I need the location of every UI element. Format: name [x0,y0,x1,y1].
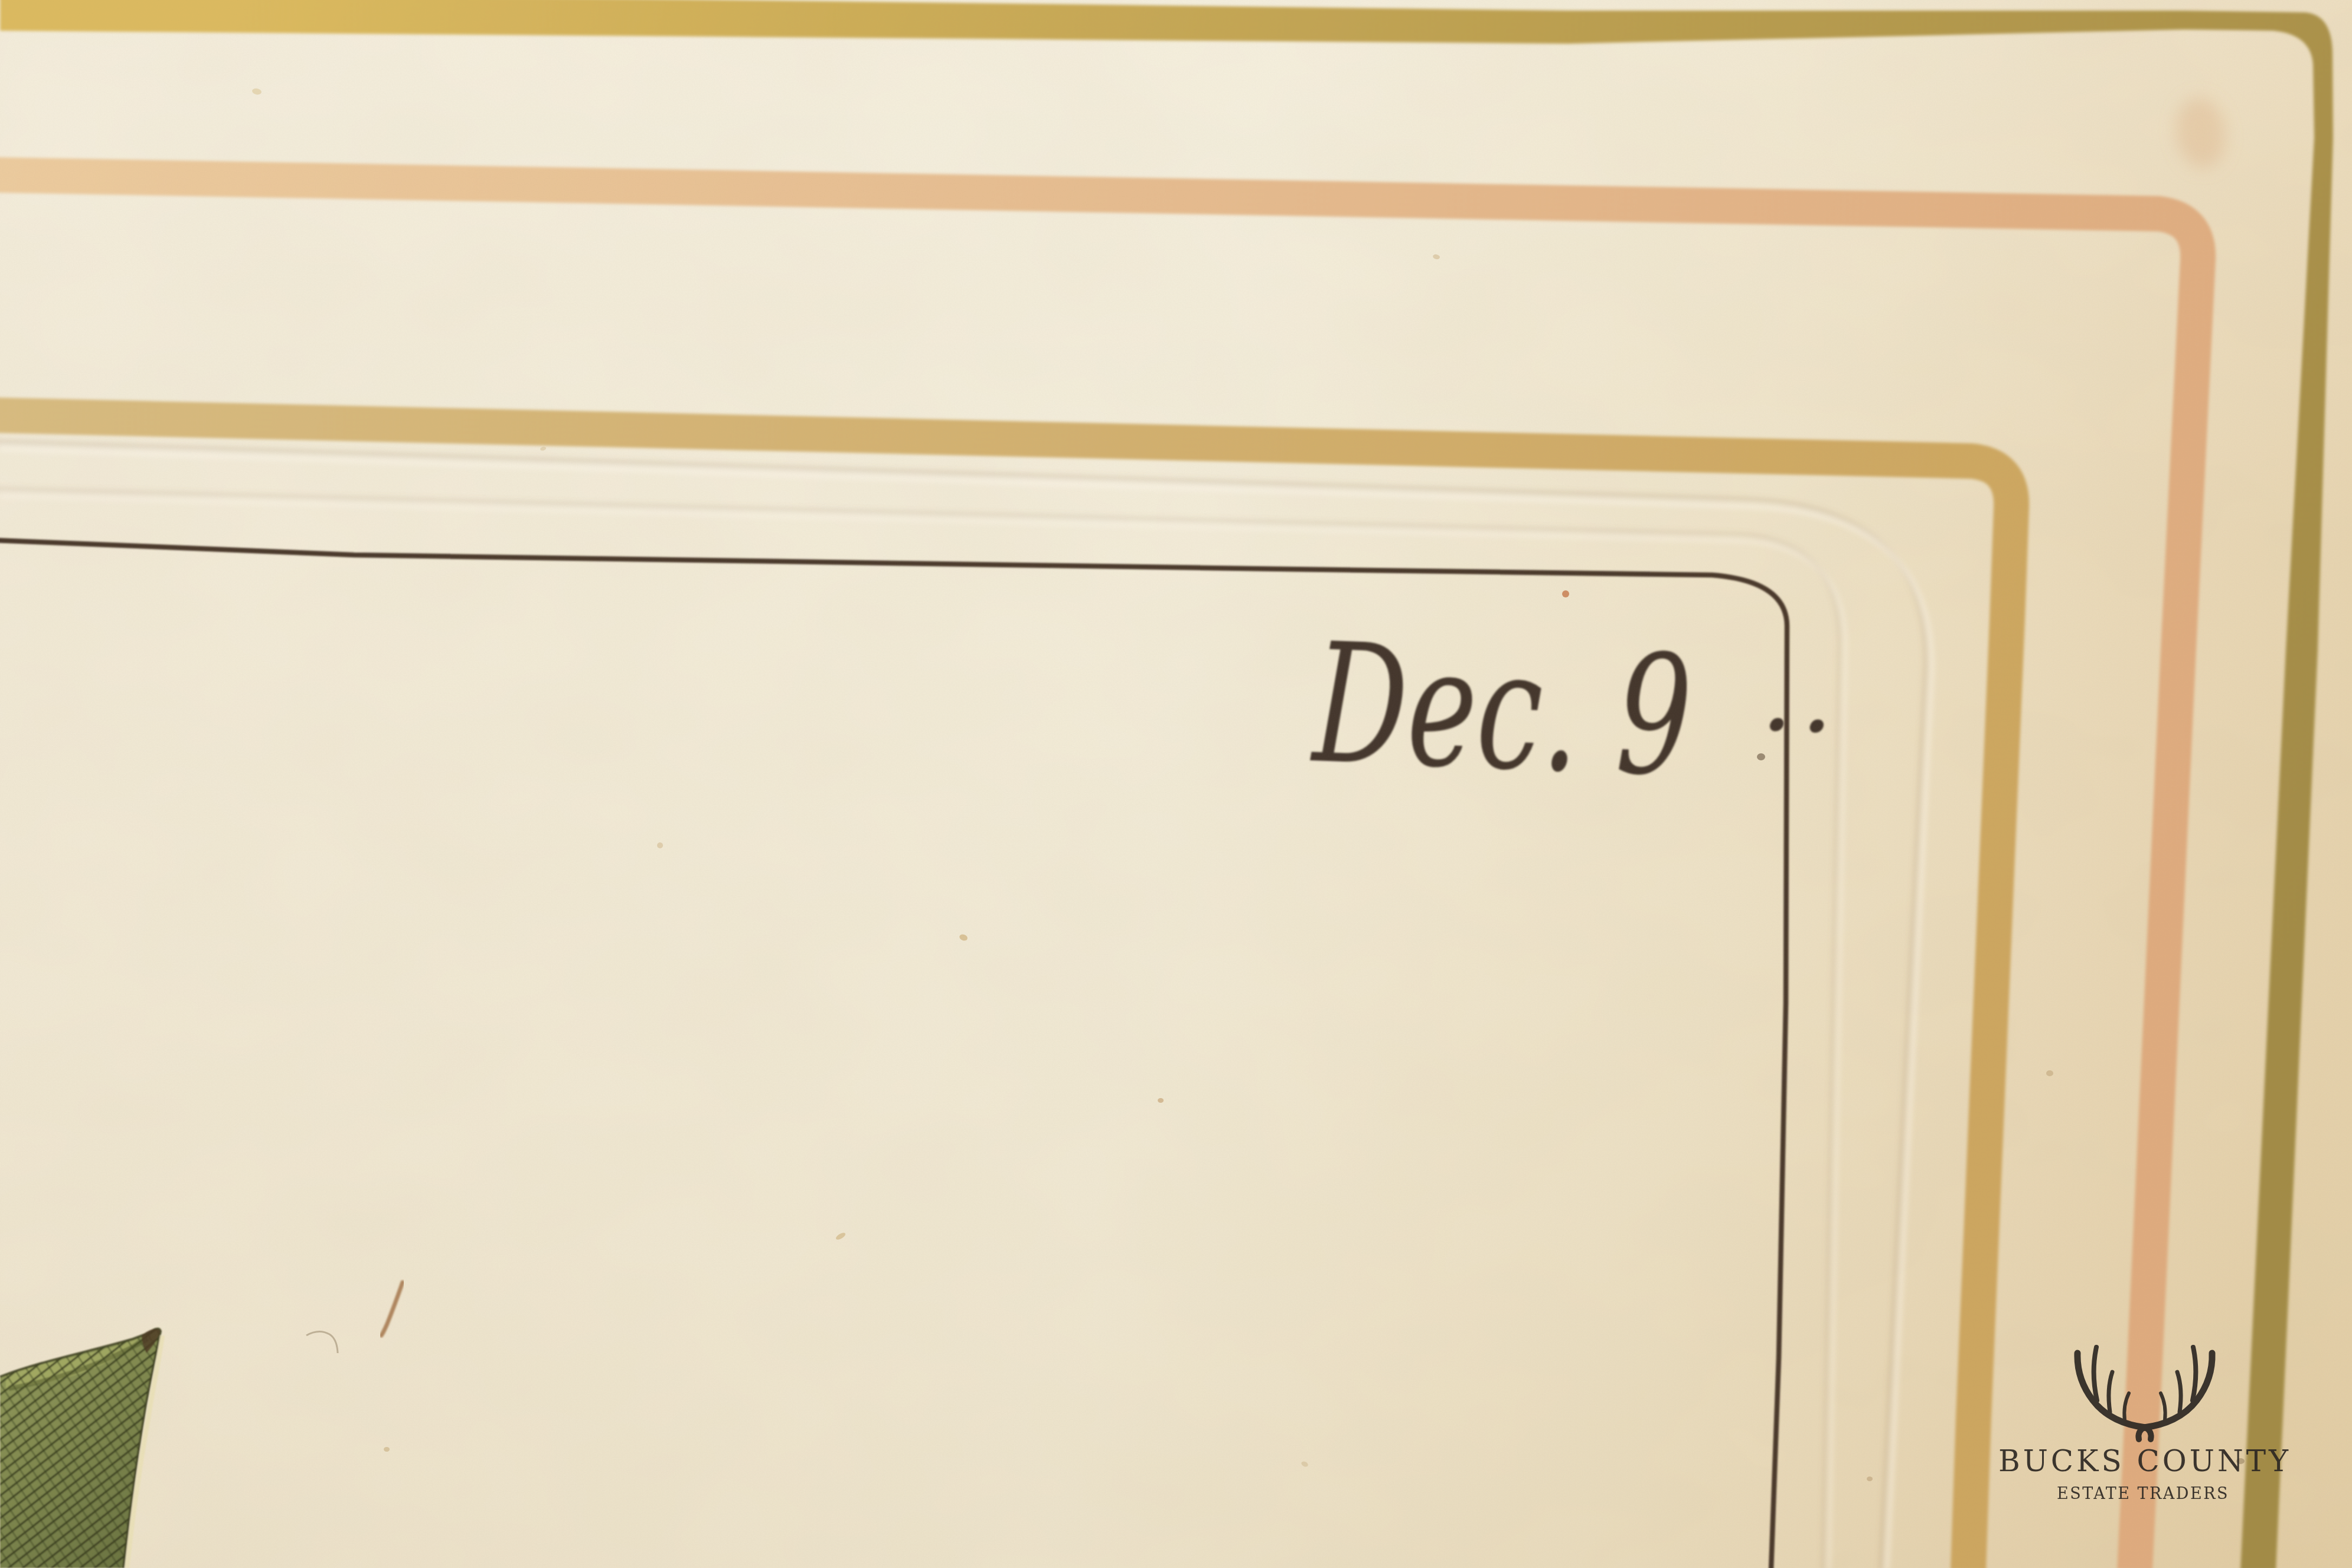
watermark-line2: ESTATE TRADERS [2057,1485,2229,1503]
framed-print-photo: Dec. 9 .. BUCKS COUNTY [0,0,2352,1568]
paper-grain [0,0,2352,1568]
photo-canvas: Dec. 9 .. BUCKS COUNTY [0,0,2352,1568]
watermark-line1: BUCKS COUNTY [1998,1444,2291,1478]
